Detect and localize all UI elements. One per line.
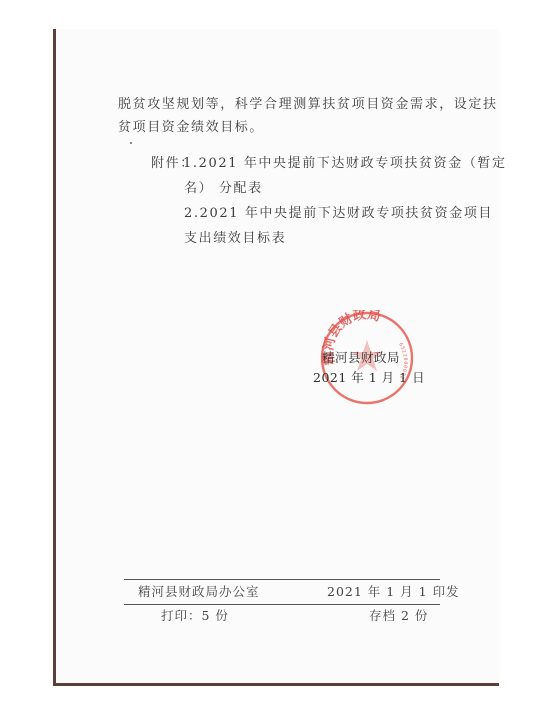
body-paragraph-line-2: 贫项目资金绩效目标。 (118, 121, 264, 134)
footer-print-date: 2021 年 1 月 1 印发 (327, 586, 460, 599)
footer-copies-printed: 打印：5 份 (161, 610, 229, 623)
attachment-1-line-1: 1.2021 年中央提前下达财政专项扶贫资金（暂定 (183, 157, 507, 170)
issuer-name: 精河县财政局 (322, 352, 400, 365)
footer-rule-top (124, 579, 440, 580)
footer-rule-middle (124, 604, 440, 605)
body-paragraph-line-1: 脱贫攻坚规划等，科学合理测算扶贫项目资金需求，设定扶 (118, 98, 498, 111)
footer-copies-archived: 存档 2 份 (369, 610, 428, 623)
footer-office: 精河县财政局办公室 (138, 586, 260, 599)
stray-dot (130, 142, 132, 144)
attachment-2-line-1: 2.2021 年中央提前下达财政专项扶贫资金项目 (184, 207, 493, 220)
issue-date: 2021 年 1 月 1 日 (313, 372, 425, 385)
attachment-1-line-2: 名） 分配表 (184, 182, 263, 195)
attachment-2-line-2: 支出绩效目标表 (184, 232, 286, 245)
